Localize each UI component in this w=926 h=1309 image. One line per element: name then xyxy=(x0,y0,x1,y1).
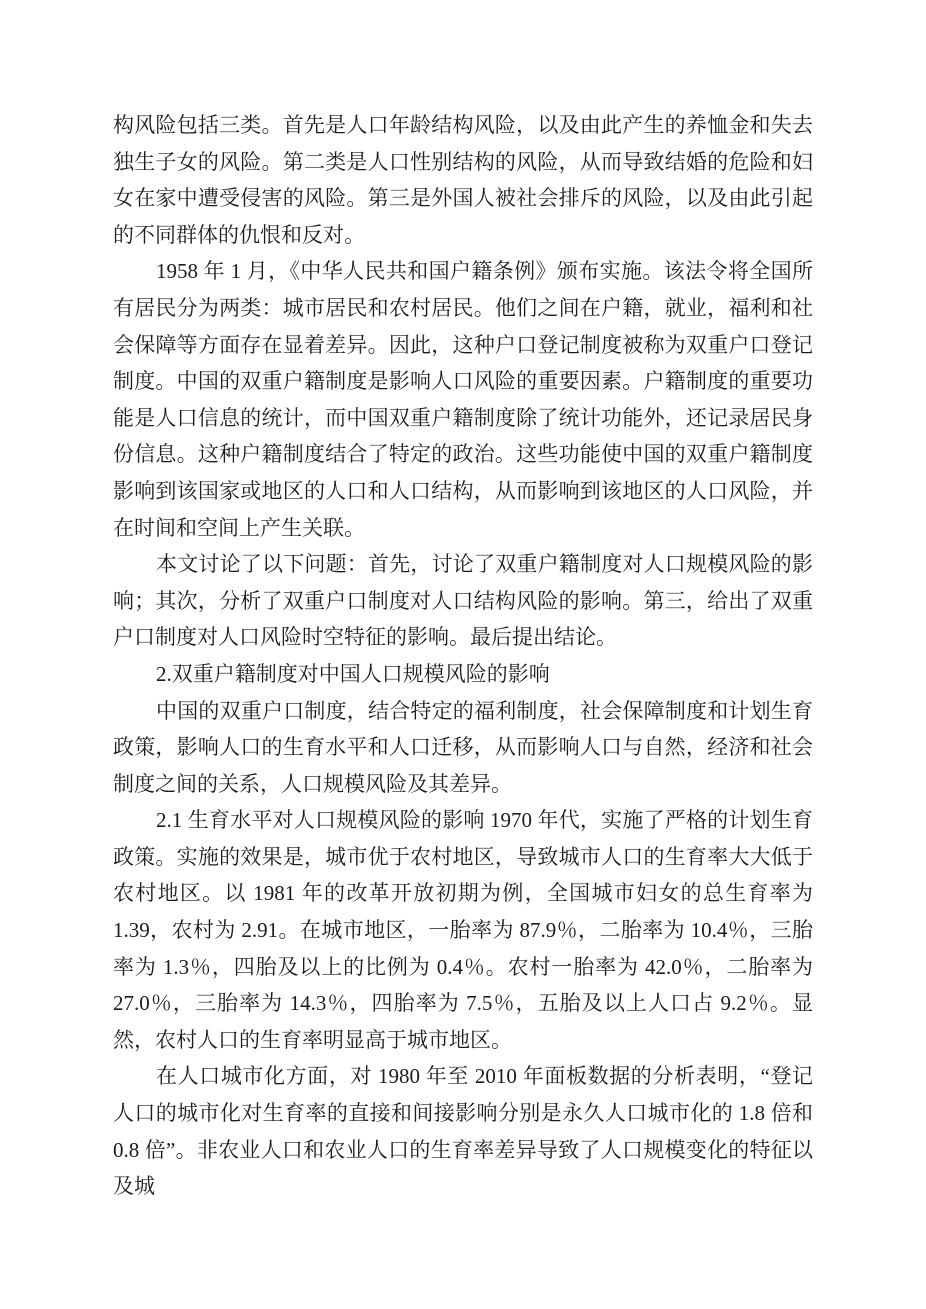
paragraph-hukou-1958: 1958 年 1 月，《中华人民共和国户籍条例》颁布实施。该法令将全国所有居民分… xyxy=(113,253,813,546)
paragraph-dual-hukou-effects: 中国的双重户口制度，结合特定的福利制度，社会保障制度和计划生育政策，影响人口的生… xyxy=(113,693,813,803)
section-heading-2: 2.双重户籍制度对中国人口规模风险的影响 xyxy=(113,656,813,693)
paragraph-paper-outline: 本文讨论了以下问题：首先，讨论了双重户籍制度对人口规模风险的影响；其次，分析了双… xyxy=(113,546,813,656)
document-page: 构风险包括三类。首先是人口年龄结构风险，以及由此产生的养恤金和失去独生子女的风险… xyxy=(0,0,926,1309)
document-text-block: 构风险包括三类。首先是人口年龄结构风险，以及由此产生的养恤金和失去独生子女的风险… xyxy=(113,107,813,1205)
paragraph-urbanization: 在人口城市化方面，对 1980 年至 2010 年面板数据的分析表明，“登记人口… xyxy=(113,1058,813,1204)
paragraph-risk-types: 构风险包括三类。首先是人口年龄结构风险，以及由此产生的养恤金和失去独生子女的风险… xyxy=(113,107,813,253)
paragraph-fertility-rates: 2.1 生育水平对人口规模风险的影响 1970 年代，实施了严格的计划生育政策。… xyxy=(113,802,813,1058)
